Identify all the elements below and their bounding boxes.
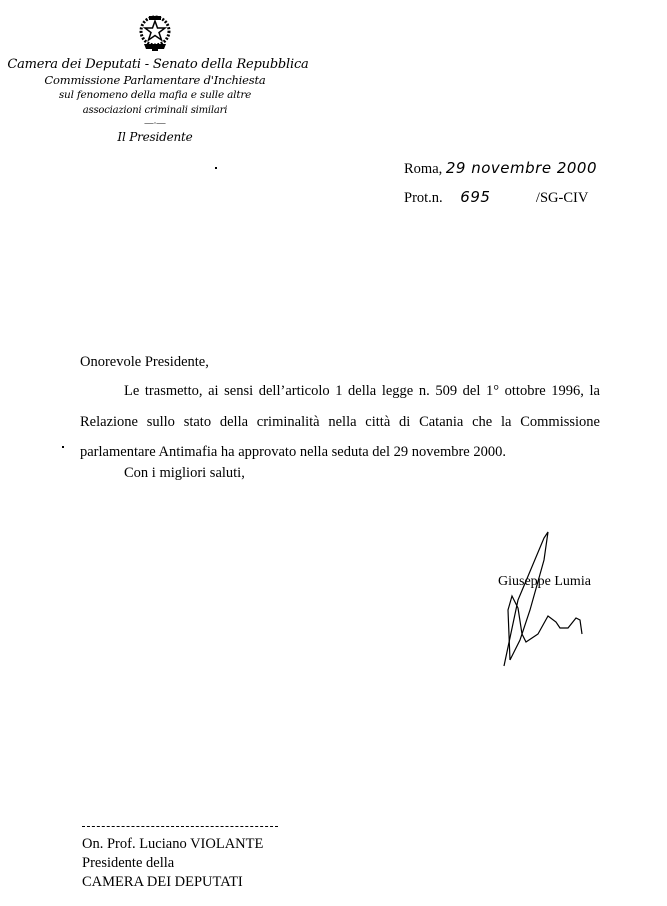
protocol-suffix: /SG-CIV: [536, 190, 588, 206]
date-line: Roma, 29 novembre 2000: [404, 158, 597, 179]
protocol-number: 695: [460, 187, 520, 207]
addressee-title: Presidente della: [82, 854, 278, 873]
letterhead-subject-1: sul fenomeno della mafia e sulle altre: [0, 88, 310, 103]
place-label: Roma,: [404, 161, 442, 177]
protocol-line: Prot.n. 695 /SG-CIV: [404, 187, 588, 208]
addressee-block: On. Prof. Luciano VIOLANTE Presidente de…: [82, 826, 278, 892]
protocol-label: Prot.n.: [404, 190, 443, 206]
letterhead-commission: Commissione Parlamentare d'Inchiesta: [0, 73, 310, 88]
salutation: Onorevole Presidente,: [80, 352, 209, 372]
letter-body: Le trasmetto, ai sensi dell’articolo 1 d…: [80, 376, 600, 468]
closing: Con i migliori saluti,: [124, 463, 245, 483]
addressee-divider: [82, 826, 278, 827]
margin-mark: [62, 446, 64, 448]
letterhead-subject-2: associazioni criminali similari: [0, 103, 310, 118]
letterhead-role: Il Presidente: [0, 130, 310, 145]
letterhead: Camera dei Deputati - Senato della Repub…: [0, 12, 310, 145]
letterhead-separator: —·—: [0, 118, 310, 128]
letterhead-institution: Camera dei Deputati - Senato della Repub…: [6, 56, 310, 73]
italian-republic-emblem-icon: [138, 12, 172, 52]
addressee-name: On. Prof. Luciano VIOLANTE: [82, 835, 278, 854]
scan-speck: [215, 167, 217, 169]
handwritten-date: 29 novembre 2000: [446, 159, 597, 177]
addressee-institution: CAMERA DEI DEPUTATI: [82, 873, 278, 892]
handwritten-signature-icon: [500, 530, 600, 670]
